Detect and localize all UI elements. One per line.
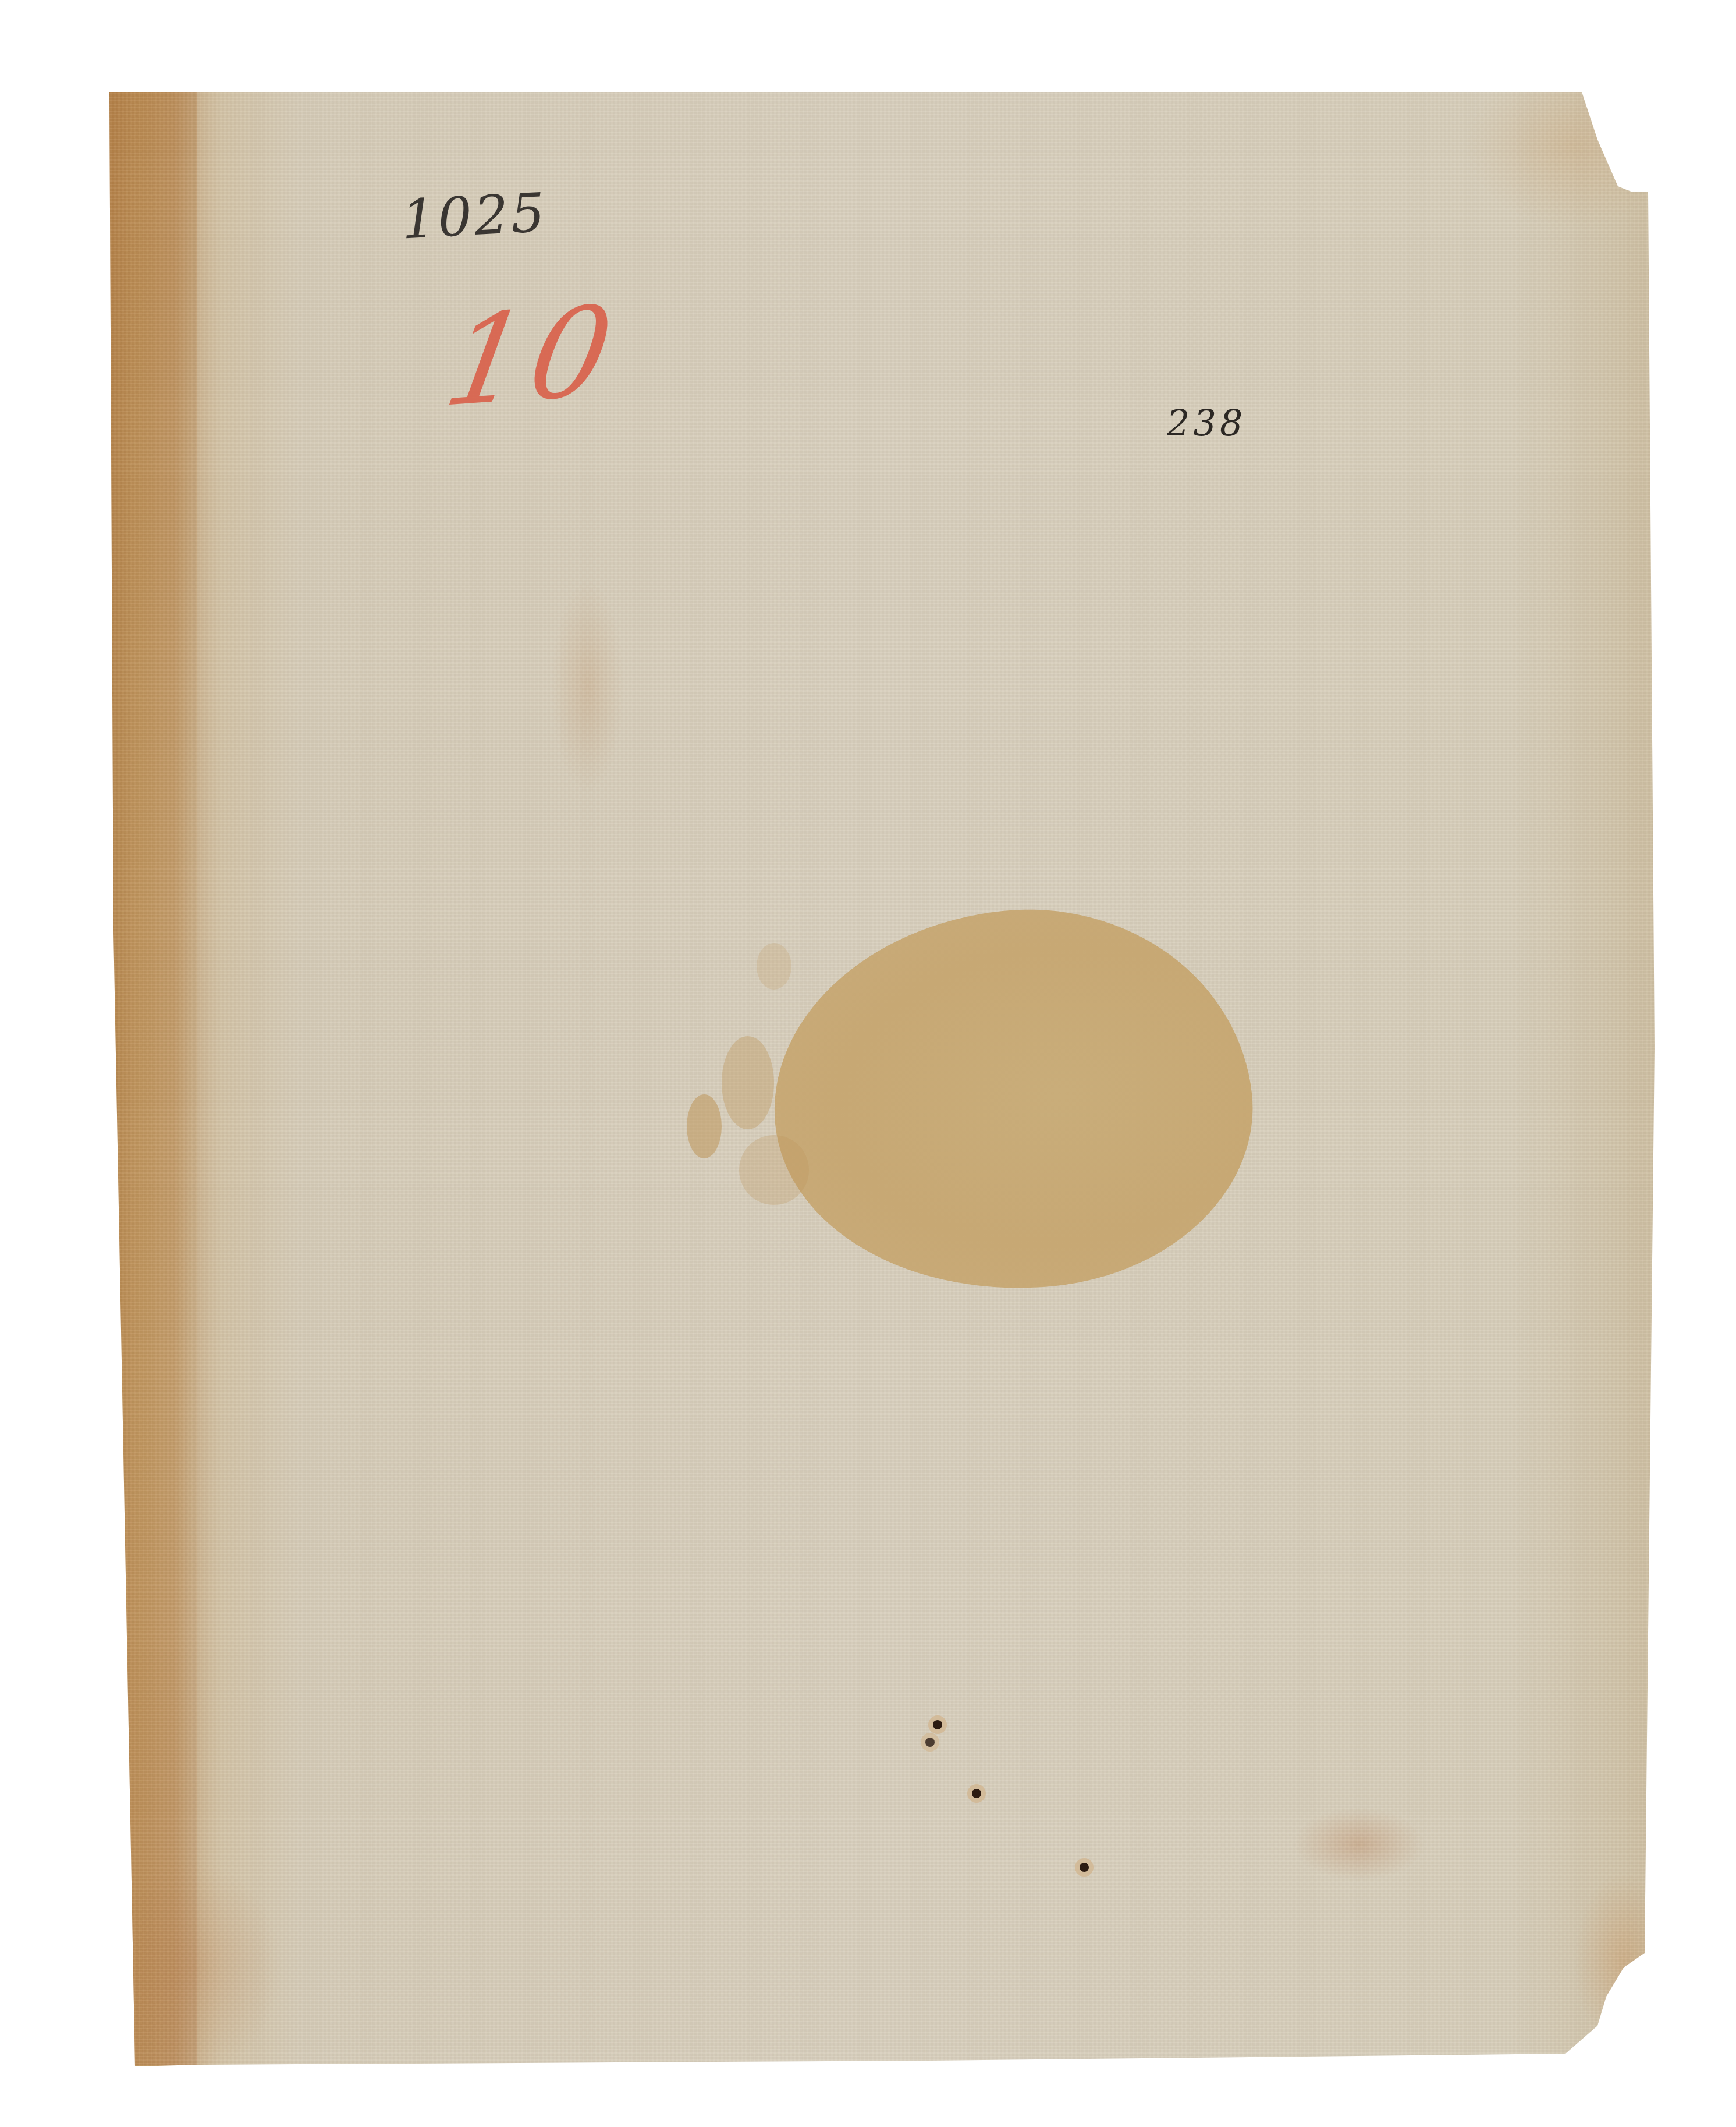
paper-surface: 1025 10 238 [0,0,1736,2127]
stain-speckle [687,1094,722,1158]
stain-speckle [739,1135,809,1205]
pencil-annotation-1025: 1025 [400,182,548,251]
stain-speckle [722,1036,774,1129]
wormhole [933,1720,942,1729]
wormhole [1080,1863,1089,1872]
wormhole [925,1738,935,1747]
ink-annotation-238: 238 [1167,402,1246,444]
wormhole [972,1789,981,1798]
stain-speckle [757,943,791,990]
red-crayon-annotation-10: 10 [435,278,627,435]
document-sheet: 1025 10 238 [0,0,1736,2127]
